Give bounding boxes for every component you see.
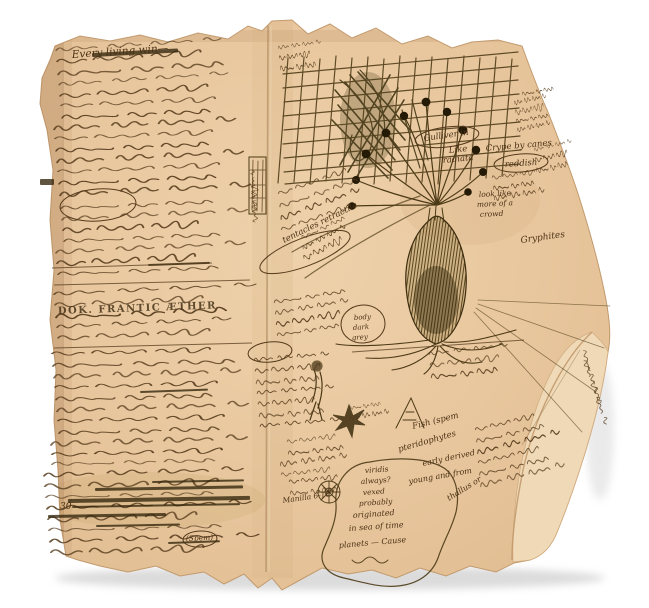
manuscript-page-scan: Scanned handwritten manuscript page: den… bbox=[0, 0, 649, 608]
annotation-text: 30 bbox=[60, 502, 72, 512]
strikethrough-mark bbox=[40, 179, 54, 185]
annotation-text: dark bbox=[353, 323, 370, 332]
annotation-text: viridis bbox=[365, 464, 389, 475]
annotation-text: more of a bbox=[477, 198, 514, 209]
annotation-text: grey bbox=[352, 333, 369, 342]
annotation-text: (Spem) bbox=[186, 533, 214, 543]
manuscript-scan-canvas: Scanned handwritten manuscript page: den… bbox=[0, 0, 649, 608]
annotation-text: body bbox=[354, 313, 373, 322]
annotation-text: look like bbox=[479, 188, 512, 199]
annotation-text: vexed bbox=[363, 486, 386, 497]
annotation-text: crowd bbox=[480, 209, 504, 219]
